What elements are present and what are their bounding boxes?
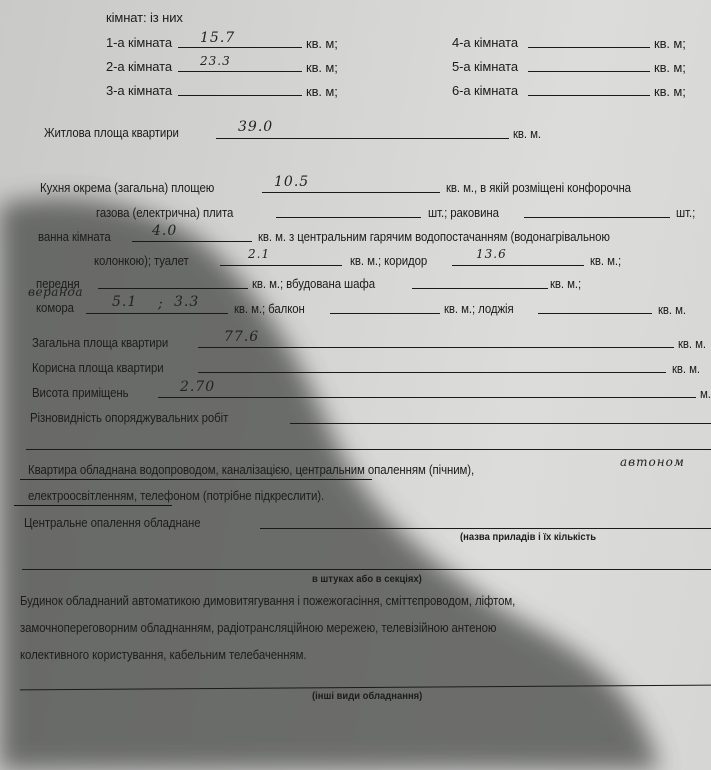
sink-field-line[interactable] bbox=[524, 217, 670, 218]
heating-label: Центральне опалення обладнане bbox=[24, 515, 200, 531]
room-5-label: 5-а кімната bbox=[452, 59, 518, 75]
finish-field-line[interactable] bbox=[290, 423, 711, 424]
total-area-label: Загальна площа квартири bbox=[32, 335, 168, 351]
height-value[interactable]: 2.70 bbox=[180, 379, 215, 395]
bathroom-value[interactable]: 4.0 bbox=[152, 223, 177, 239]
room-4-field-line[interactable] bbox=[528, 47, 650, 48]
room-2-label: 2-а кімната bbox=[106, 59, 172, 75]
building-line-3: колективного користування, кабельним тел… bbox=[20, 647, 306, 663]
corridor-value[interactable]: 13.6 bbox=[476, 247, 507, 261]
height-label: Висота приміщень bbox=[32, 385, 129, 401]
kitchen-value[interactable]: 10.5 bbox=[274, 174, 309, 190]
room-2-field-line bbox=[178, 71, 302, 72]
living-area-field-line bbox=[216, 138, 509, 139]
document-page: кімнат: із них 1-а кімната 15.7 кв. м; 2… bbox=[0, 0, 711, 770]
storage-separator: ; bbox=[158, 296, 164, 312]
room-6-unit: кв. м; bbox=[654, 84, 686, 100]
kitchen-label: Кухня окрема (загальна) площею bbox=[40, 180, 214, 196]
room-1-value[interactable]: 15.7 bbox=[200, 30, 235, 46]
hall-field-line[interactable] bbox=[98, 288, 248, 289]
useful-area-label: Корисна площа квартири bbox=[32, 360, 164, 376]
heating-caption-1: (назва приладів і їх кількість bbox=[460, 531, 596, 543]
finish-field-line-2[interactable] bbox=[26, 449, 711, 450]
closet-unit: кв. м.; bbox=[550, 276, 581, 292]
total-area-value[interactable]: 77.6 bbox=[224, 329, 259, 345]
room-5-unit: кв. м; bbox=[654, 60, 686, 76]
storage-label: комора bbox=[36, 300, 74, 316]
room-6-label: 6-а кімната bbox=[452, 83, 518, 99]
corridor-label: кв. м.; коридор bbox=[350, 253, 427, 269]
storage-note: веранда bbox=[28, 285, 83, 299]
stove-label: газова (електрична) плита bbox=[96, 205, 233, 221]
useful-area-field-line[interactable] bbox=[198, 372, 666, 373]
room-1-unit: кв. м; bbox=[306, 36, 338, 52]
corridor-unit: кв. м.; bbox=[590, 253, 621, 269]
bathroom-unit-text: кв. м. з центральним гарячим водопостача… bbox=[258, 229, 610, 245]
storage-field-line bbox=[86, 313, 228, 314]
equipment-line-2: електроосвітленням, телефоном (потрібне … bbox=[28, 488, 324, 504]
toilet-value[interactable]: 2.1 bbox=[248, 247, 270, 261]
room-2-unit: кв. м; bbox=[306, 60, 338, 76]
kitchen-field-line bbox=[262, 192, 440, 193]
room-5-field-line[interactable] bbox=[528, 71, 650, 72]
corridor-field-line bbox=[452, 265, 584, 266]
storage-value-1[interactable]: 5.1 bbox=[112, 294, 137, 310]
stove-unit: шт.; раковина bbox=[428, 205, 499, 221]
bathroom-label: ванна кімната bbox=[38, 229, 111, 245]
room-3-field-line[interactable] bbox=[178, 95, 302, 96]
loggia-unit: кв. м. bbox=[658, 302, 686, 318]
heating-field-line-2[interactable] bbox=[22, 569, 711, 570]
stove-field-line[interactable] bbox=[276, 217, 421, 218]
room-6-field-line[interactable] bbox=[528, 95, 650, 96]
sink-unit: шт.; bbox=[676, 205, 695, 221]
living-area-value[interactable]: 39.0 bbox=[238, 119, 273, 135]
equipment-underline-2 bbox=[14, 505, 172, 506]
room-4-label: 4-а кімната bbox=[452, 35, 518, 51]
living-area-unit: кв. м. bbox=[513, 126, 541, 142]
heating-field-line[interactable] bbox=[260, 528, 711, 529]
equipment-line-1: Квартира обладнана водопроводом, каналіз… bbox=[28, 462, 474, 478]
rooms-intro: кімнат: із них bbox=[106, 10, 183, 26]
room-3-unit: кв. м; bbox=[306, 84, 338, 100]
balcony-field-line[interactable] bbox=[330, 313, 440, 314]
hall-unit-text: кв. м.; вбудована шафа bbox=[252, 276, 375, 292]
kitchen-unit-text: кв. м., в якій розміщені конфорочна bbox=[446, 180, 631, 196]
balcony-label: кв. м.; балкон bbox=[234, 301, 305, 317]
total-area-field-line bbox=[198, 347, 674, 348]
bathroom-field-line bbox=[132, 241, 252, 242]
height-unit: м. bbox=[700, 386, 711, 402]
room-3-label: 3-а кімната bbox=[106, 83, 172, 99]
room-1-label: 1-а кімната bbox=[106, 35, 172, 51]
equipment-underline-1 bbox=[20, 479, 372, 480]
toilet-label: колонкою); туалет bbox=[94, 253, 189, 269]
room-2-value[interactable]: 23.3 bbox=[200, 54, 231, 68]
living-area-label: Житлова площа квартири bbox=[44, 125, 179, 141]
storage-value-2[interactable]: 3.3 bbox=[174, 294, 199, 310]
equipment-handwritten-note: автоном bbox=[620, 455, 685, 469]
loggia-label: кв. м.; лоджія bbox=[444, 301, 514, 317]
building-line-1: Будинок обладнаний автоматикою димовитяг… bbox=[20, 593, 515, 609]
useful-area-unit: кв. м. bbox=[672, 361, 700, 377]
loggia-field-line[interactable] bbox=[538, 313, 652, 314]
building-line-2: замочнопереговорним обладнанням, радіотр… bbox=[20, 620, 496, 636]
total-area-unit: кв. м. bbox=[678, 336, 706, 352]
other-equipment-caption: (інші види обладнання) bbox=[312, 690, 422, 702]
closet-field-line[interactable] bbox=[412, 288, 548, 289]
heating-caption-2: в штуках або в секціях) bbox=[312, 573, 422, 585]
finish-label: Різновидність опоряджувальних робіт bbox=[30, 410, 228, 426]
toilet-field-line bbox=[220, 265, 342, 266]
room-4-unit: кв. м; bbox=[654, 36, 686, 52]
room-1-field-line bbox=[178, 47, 302, 48]
height-field-line bbox=[158, 397, 696, 398]
